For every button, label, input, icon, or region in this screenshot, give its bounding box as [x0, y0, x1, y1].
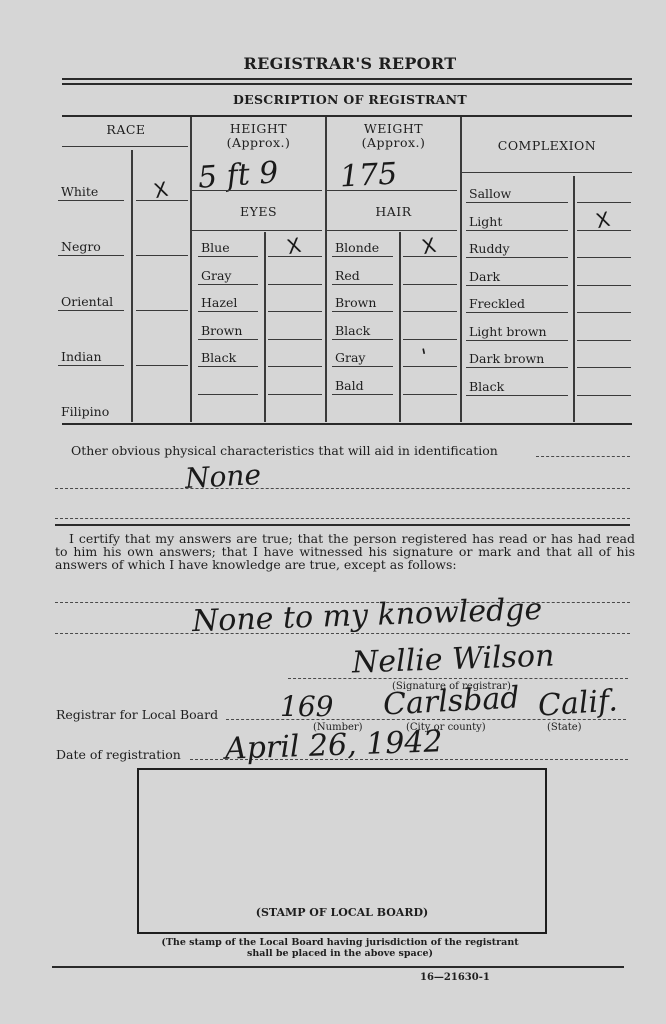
hair-option-label: Brown	[335, 295, 376, 310]
rule	[136, 255, 188, 256]
col-divider	[573, 176, 575, 422]
hair-option-label: Blonde	[335, 240, 379, 255]
rule	[58, 310, 124, 311]
stamp-note-line-1: (The stamp of the Local Board having jur…	[120, 937, 560, 948]
dotted-line	[55, 518, 630, 519]
rule	[466, 312, 568, 313]
rule	[268, 366, 322, 367]
complexion-option-label: Dark	[469, 269, 500, 284]
hair-option-label: Black	[335, 323, 370, 338]
subtitle-rule	[62, 115, 632, 117]
rule	[327, 230, 457, 231]
other-characteristics-label: Other obvious physical characteristics t…	[71, 443, 498, 458]
race-header: RACE	[62, 123, 190, 137]
rule	[577, 340, 631, 341]
rule	[466, 257, 568, 258]
rule	[198, 394, 258, 395]
rule	[577, 395, 631, 396]
rule	[577, 312, 631, 313]
hair-option-label: Red	[335, 268, 360, 283]
weight-value[interactable]: 175	[339, 157, 398, 195]
rule	[577, 285, 631, 286]
local-board-city[interactable]: Carlsbad	[382, 680, 520, 722]
height-header: HEIGHT (Approx.)	[192, 122, 325, 150]
rule	[332, 394, 393, 395]
table-bottom-rule	[62, 423, 632, 425]
rule	[466, 340, 568, 341]
complexion-option-label: Light	[469, 214, 502, 229]
race-option-label: Negro	[61, 239, 101, 254]
rule	[198, 339, 258, 340]
title-rule-1	[62, 78, 632, 80]
section-title: DESCRIPTION OF REGISTRANT	[0, 92, 666, 107]
dotted-line	[288, 678, 628, 679]
rule	[62, 146, 188, 147]
registration-date[interactable]: April 26, 1942	[224, 724, 443, 767]
rule	[577, 367, 631, 368]
state-caption: (State)	[547, 722, 582, 733]
complexion-option-label: Sallow	[469, 186, 511, 201]
race-option-label: Filipino	[61, 404, 109, 419]
eyes-option-label: Blue	[201, 240, 230, 255]
rule	[466, 230, 568, 231]
col-divider	[325, 117, 327, 422]
col-divider	[264, 232, 266, 422]
eyes-header: EYES	[192, 205, 325, 219]
rule	[327, 190, 457, 191]
weight-header-label: WEIGHT	[327, 122, 460, 136]
rule	[136, 365, 188, 366]
eyes-option-label: Black	[201, 350, 236, 365]
rule	[462, 172, 632, 173]
rule	[466, 202, 568, 203]
rule	[577, 202, 631, 203]
weight-header-sub: (Approx.)	[327, 136, 460, 150]
complexion-option-label: Black	[469, 379, 504, 394]
form-number: 16—21630-1	[420, 972, 490, 983]
rule	[58, 200, 124, 201]
race-option-label: Indian	[61, 349, 102, 364]
rule	[198, 311, 258, 312]
page-title: REGISTRAR'S REPORT	[0, 54, 666, 73]
height-header-label: HEIGHT	[192, 122, 325, 136]
rule	[268, 284, 322, 285]
section-rule	[55, 524, 630, 526]
rule	[466, 285, 568, 286]
dotted-line	[55, 488, 630, 489]
hair-option-label: Gray	[335, 350, 365, 365]
stamp-note-line-2: shall be placed in the above space)	[120, 948, 560, 959]
local-board-number[interactable]: 169	[280, 690, 333, 723]
title-rule-2	[62, 83, 632, 85]
rule	[403, 284, 457, 285]
registrar-signature[interactable]: Nellie Wilson	[351, 638, 554, 680]
race-option-label: Oriental	[61, 294, 113, 309]
rule	[198, 256, 258, 257]
complexion-option-label: Ruddy	[469, 241, 510, 256]
stamp-note: (The stamp of the Local Board having jur…	[120, 937, 560, 959]
rule	[332, 256, 393, 257]
complexion-header: COMPLEXION	[462, 139, 632, 153]
rule	[466, 367, 568, 368]
other-characteristics-value[interactable]: None	[184, 458, 262, 495]
hair-option-label: Bald	[335, 378, 364, 393]
registrar-report-page: REGISTRAR'S REPORT DESCRIPTION OF REGIST…	[0, 0, 666, 1024]
rule	[198, 284, 258, 285]
complexion-option-label: Dark brown	[469, 351, 544, 366]
rule	[58, 365, 124, 366]
rule	[268, 339, 322, 340]
rule	[577, 257, 631, 258]
dotted-line	[536, 456, 630, 457]
eyes-option-label: Brown	[201, 323, 242, 338]
race-option-label: White	[61, 184, 98, 199]
hair-checkbox[interactable]: '	[420, 344, 430, 369]
local-board-label: Registrar for Local Board	[56, 707, 218, 722]
hair-header: HAIR	[327, 205, 460, 219]
rule	[192, 190, 322, 191]
complexion-option-label: Freckled	[469, 296, 525, 311]
stamp-label: (STAMP OF LOCAL BOARD)	[137, 906, 547, 919]
rule	[466, 395, 568, 396]
complexion-option-label: Light brown	[469, 324, 547, 339]
eyes-option-label: Gray	[201, 268, 231, 283]
rule	[192, 230, 322, 231]
date-label: Date of registration	[56, 747, 181, 762]
rule	[58, 255, 124, 256]
rule	[403, 311, 457, 312]
rule	[198, 366, 258, 367]
rule	[332, 339, 393, 340]
eyes-option-label: Hazel	[201, 295, 237, 310]
footer-rule	[52, 966, 624, 968]
local-board-state[interactable]: Calif.	[537, 683, 619, 723]
col-divider	[131, 150, 133, 422]
rule	[332, 366, 393, 367]
col-divider	[399, 232, 401, 422]
certification-text: I certify that my answers are true; that…	[55, 532, 635, 571]
rule	[403, 339, 457, 340]
rule	[332, 311, 393, 312]
rule	[268, 311, 322, 312]
weight-header: WEIGHT (Approx.)	[327, 122, 460, 150]
rule	[403, 394, 457, 395]
col-divider	[190, 117, 192, 422]
rule	[268, 394, 322, 395]
height-header-sub: (Approx.)	[192, 136, 325, 150]
rule	[332, 284, 393, 285]
rule	[136, 310, 188, 311]
col-divider	[460, 117, 462, 422]
